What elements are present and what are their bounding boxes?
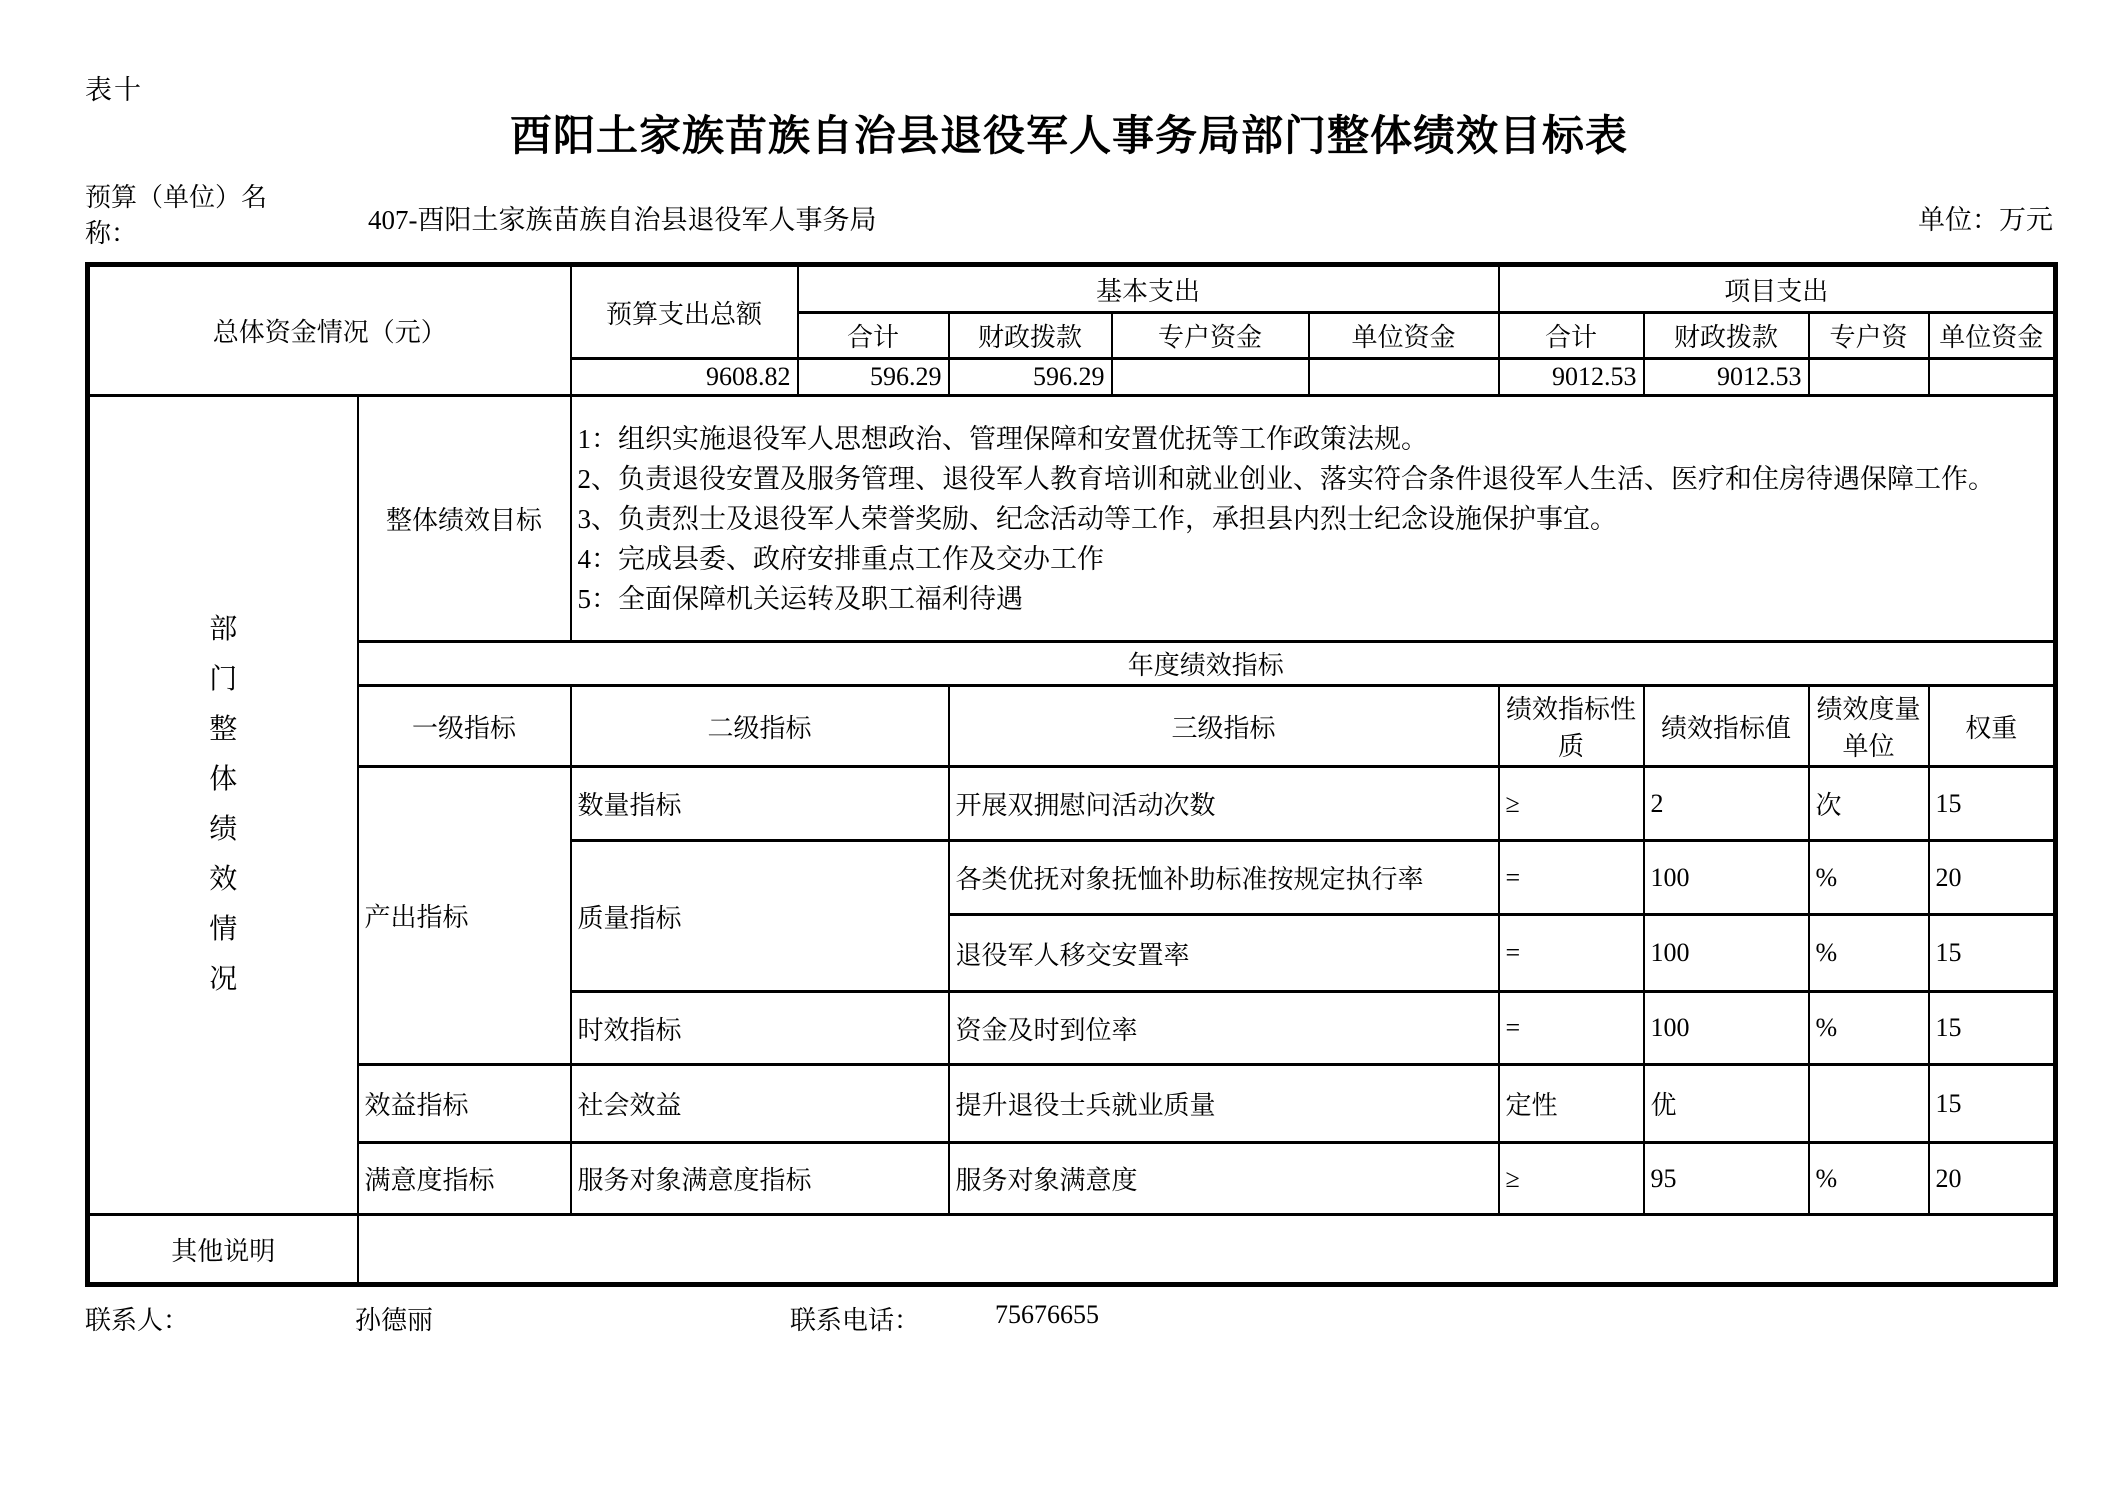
unit-cell: % [1809,992,1929,1065]
goal-line: 1：组织实施退役军人思想政治、管理保障和安置优抚等工作政策法规。 [578,419,2048,459]
weight-cell: 20 [1929,841,2056,915]
fund-header-row: 总体资金情况（元） 预算支出总额 基本支出 项目支出 [88,265,2056,313]
other-notes-row: 其他说明 [88,1215,2056,1285]
nature-cell: = [1499,992,1644,1065]
annual-indicator-banner: 年度绩效指标 [358,642,2056,686]
weight-cell: 15 [1929,1065,2056,1143]
basic-special-value [1112,359,1309,396]
header-level3: 三级指标 [949,686,1499,767]
overall-goal-text-cell: 1：组织实施退役军人思想政治、管理保障和安置优抚等工作政策法规。 2、负责退役安… [571,396,2056,642]
footer-contact-row: 联系人： 孙德丽 联系电话： 75676655 [0,1300,2105,1340]
indicator-row: 产出指标 数量指标 开展双拥慰问活动次数 ≥ 2 次 15 [88,767,2056,841]
basic-fiscal-value: 596.29 [949,359,1112,396]
overall-goal-label-cell: 整体绩效目标 [358,396,571,642]
performance-target-table: 总体资金情况（元） 预算支出总额 基本支出 项目支出 合计 财政拨款 专户资金 … [85,262,2058,1287]
level3-cell: 退役军人移交安置率 [949,915,1499,992]
nature-cell: 定性 [1499,1065,1644,1143]
value-cell: 2 [1644,767,1809,841]
basic-total-header: 合计 [798,313,949,359]
unit-cell: % [1809,1143,1929,1215]
nature-cell: = [1499,841,1644,915]
basic-unitfund-header: 单位资金 [1309,313,1499,359]
project-special-header: 专户资 [1809,313,1929,359]
department-performance-vertical-label: 部门整体绩效情况 [208,605,238,1005]
nature-cell: ≥ [1499,767,1644,841]
project-unitfund-header: 单位资金 [1929,313,2056,359]
header-weight: 权重 [1929,686,2056,767]
level3-cell: 服务对象满意度 [949,1143,1499,1215]
currency-unit-label: 单位：万元 [1853,198,2053,237]
level2-cell: 服务对象满意度指标 [571,1143,949,1215]
overall-funds-label-cell: 总体资金情况（元） [88,265,571,396]
project-special-value [1809,359,1929,396]
budget-unit-name-label: 预算（单位）名称： [85,180,300,252]
basic-special-header: 专户资金 [1112,313,1309,359]
project-fiscal-value: 9012.53 [1644,359,1809,396]
unit-cell [1809,1065,1929,1143]
weight-cell: 15 [1929,767,2056,841]
unit-cell: 次 [1809,767,1929,841]
level2-cell: 时效指标 [571,992,949,1065]
budget-total-header-cell: 预算支出总额 [571,265,798,359]
value-cell: 100 [1644,992,1809,1065]
contact-phone-label: 联系电话： [790,1300,920,1337]
basic-unitfund-value [1309,359,1499,396]
level3-cell: 提升退役士兵就业质量 [949,1065,1499,1143]
level3-cell: 各类优抚对象抚恤补助标准按规定执行率 [949,841,1499,915]
level1-cell: 效益指标 [358,1065,571,1143]
value-cell: 100 [1644,841,1809,915]
project-total-header: 合计 [1499,313,1644,359]
level1-cell: 产出指标 [358,767,571,1065]
nature-cell: ≥ [1499,1143,1644,1215]
project-unitfund-value [1929,359,2056,396]
goal-line: 5：全面保障机关运转及职工福利待遇 [578,579,2048,619]
goal-line: 4：完成县委、政府安排重点工作及交办工作 [578,539,2048,579]
basic-total-value: 596.29 [798,359,949,396]
header-nature: 绩效指标性质 [1499,686,1644,767]
header-level2: 二级指标 [571,686,949,767]
basic-fiscal-header: 财政拨款 [949,313,1112,359]
basic-expenditure-group-header: 基本支出 [798,265,1499,313]
weight-cell: 15 [1929,992,2056,1065]
level2-cell: 数量指标 [571,767,949,841]
contact-phone-value: 75676655 [995,1300,1099,1330]
annual-indicator-banner-row: 年度绩效指标 [88,642,2056,686]
indicator-row: 满意度指标 服务对象满意度指标 服务对象满意度 ≥ 95 % 20 [88,1143,2056,1215]
contact-person-name: 孙德丽 [355,1300,433,1337]
overall-goal-row: 部门整体绩效情况 整体绩效目标 1：组织实施退役军人思想政治、管理保障和安置优抚… [88,396,2056,642]
goal-line: 2、负责退役安置及服务管理、退役军人教育培训和就业创业、落实符合条件退役军人生活… [578,459,2048,499]
project-total-value: 9012.53 [1499,359,1644,396]
value-cell: 优 [1644,1065,1809,1143]
budget-unit-name-value: 407-酉阳土家族苗族自治县退役军人事务局 [368,198,877,237]
goal-line: 3、负责烈士及退役军人荣誉奖励、纪念活动等工作，承担县内烈士纪念设施保护事宜。 [578,499,2048,539]
project-expenditure-group-header: 项目支出 [1499,265,2056,313]
value-cell: 100 [1644,915,1809,992]
project-fiscal-header: 财政拨款 [1644,313,1809,359]
indicator-row: 效益指标 社会效益 提升退役士兵就业质量 定性 优 15 [88,1065,2056,1143]
header-value: 绩效指标值 [1644,686,1809,767]
sheet-number-label: 表十 [85,68,143,107]
page-title: 酉阳土家族苗族自治县退役军人事务局部门整体绩效目标表 [85,103,2053,163]
level3-cell: 开展双拥慰问活动次数 [949,767,1499,841]
weight-cell: 20 [1929,1143,2056,1215]
header-unit: 绩效度量单位 [1809,686,1929,767]
level2-cell: 质量指标 [571,841,949,992]
contact-person-label: 联系人： [85,1300,189,1337]
level1-cell: 满意度指标 [358,1143,571,1215]
indicator-header-row: 一级指标 二级指标 三级指标 绩效指标性质 绩效指标值 绩效度量单位 权重 [88,686,2056,767]
department-performance-section-label-cell: 部门整体绩效情况 [88,396,358,1215]
other-notes-label-cell: 其他说明 [88,1215,358,1285]
weight-cell: 15 [1929,915,2056,992]
budget-total-value: 9608.82 [571,359,798,396]
nature-cell: = [1499,915,1644,992]
header-level1: 一级指标 [358,686,571,767]
unit-cell: % [1809,915,1929,992]
other-notes-content-cell [358,1215,2056,1285]
value-cell: 95 [1644,1143,1809,1215]
level2-cell: 社会效益 [571,1065,949,1143]
unit-cell: % [1809,841,1929,915]
level3-cell: 资金及时到位率 [949,992,1499,1065]
